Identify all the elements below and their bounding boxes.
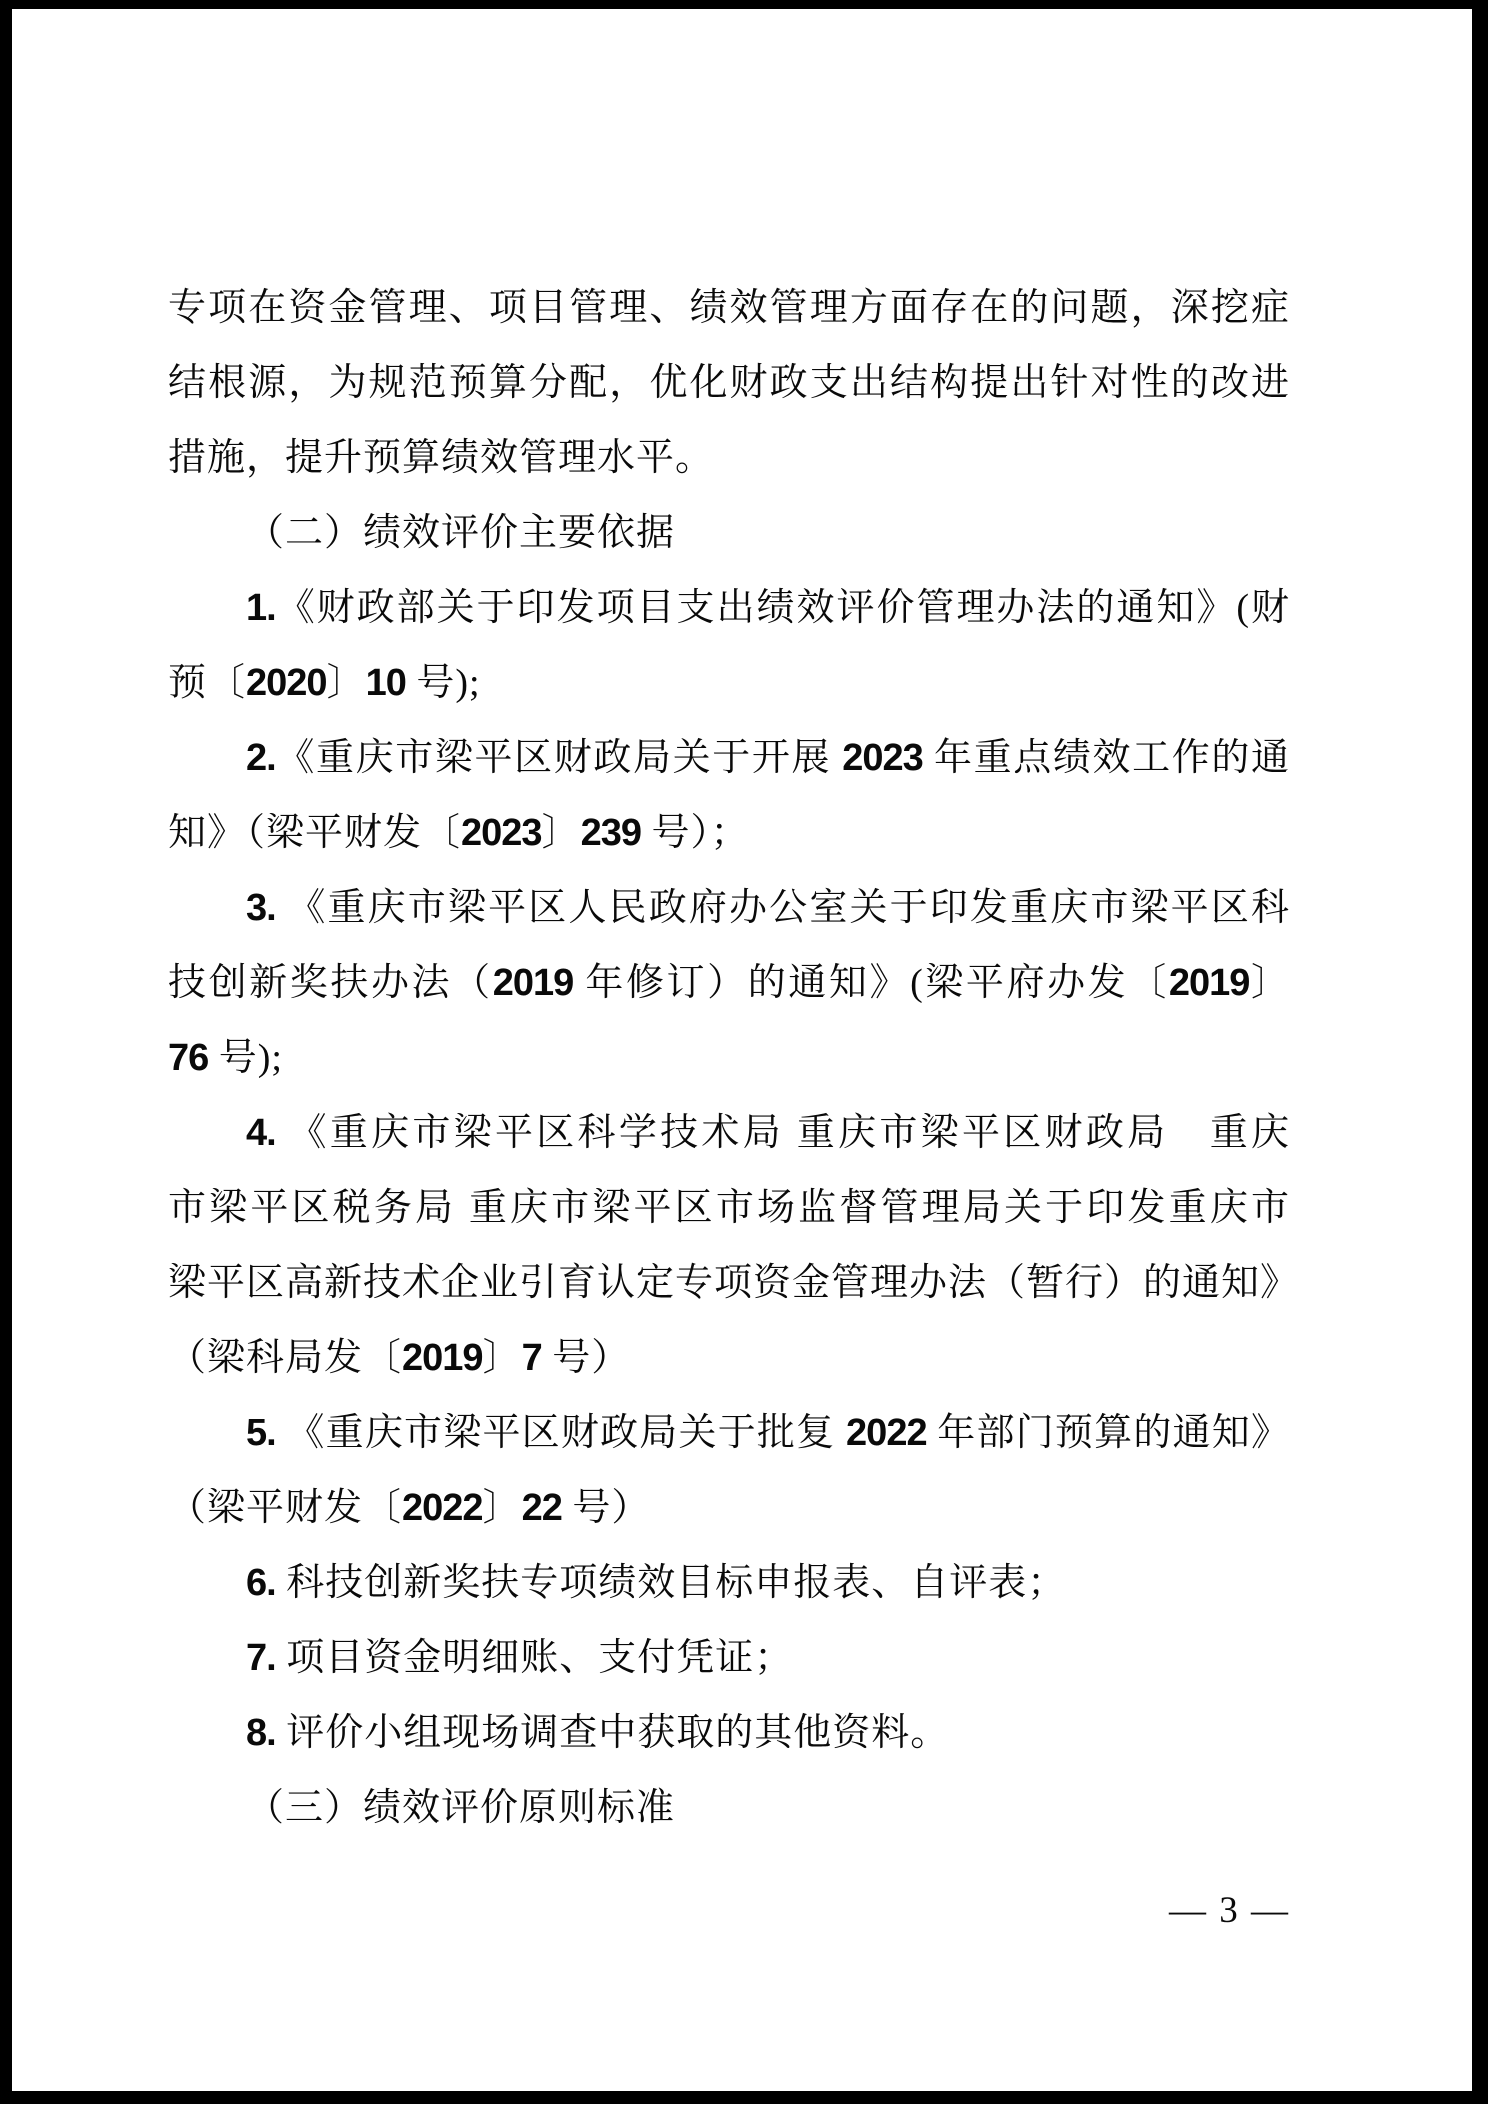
text-line: 专项在资金管理、项目管理、绩效管理方面存在的问题，深挖症	[168, 271, 1290, 346]
text-line: 1.《财政部关于印发项目支出绩效评价管理办法的通知》(财	[168, 571, 1290, 646]
text-line: 措施，提升预算绩效管理水平。	[168, 421, 1290, 496]
text-line: 预〔2020〕10 号);	[168, 646, 1290, 721]
text-line: 梁平区高新技术企业引育认定专项资金管理办法（暂行）的通知》	[168, 1246, 1290, 1321]
text-line: 市梁平区税务局 重庆市梁平区市场监督管理局关于印发重庆市	[168, 1171, 1290, 1246]
text-line: 6. 科技创新奖扶专项绩效目标申报表、自评表；	[168, 1546, 1290, 1621]
text-line: 5. 《重庆市梁平区财政局关于批复 2022 年部门预算的通知》	[168, 1396, 1290, 1471]
text-line: （三）绩效评价原则标准	[168, 1771, 1290, 1846]
document-body: 专项在资金管理、项目管理、绩效管理方面存在的问题，深挖症结根源，为规范预算分配，…	[168, 271, 1290, 1846]
text-line: 7. 项目资金明细账、支付凭证；	[168, 1621, 1290, 1696]
page-number: — 3 —	[1169, 1887, 1290, 1935]
text-line: 知》（梁平财发〔2023〕239 号）；	[168, 796, 1290, 871]
text-line: （梁科局发〔2019〕7 号）	[168, 1321, 1290, 1396]
text-line: 技创新奖扶办法（2019 年修订）的通知》(梁平府办发〔2019〕	[168, 946, 1290, 1021]
text-line: 2.《重庆市梁平区财政局关于开展 2023 年重点绩效工作的通	[168, 721, 1290, 796]
text-line: 4. 《重庆市梁平区科学技术局 重庆市梁平区财政局 重庆	[168, 1096, 1290, 1171]
text-line: 76 号);	[168, 1021, 1290, 1096]
text-line: （二）绩效评价主要依据	[168, 496, 1290, 571]
text-line: （梁平财发〔2022〕22 号）	[168, 1471, 1290, 1546]
text-line: 结根源，为规范预算分配，优化财政支出结构提出针对性的改进	[168, 346, 1290, 421]
text-line: 8. 评价小组现场调查中获取的其他资料。	[168, 1696, 1290, 1771]
document-page: 专项在资金管理、项目管理、绩效管理方面存在的问题，深挖症结根源，为规范预算分配，…	[0, 0, 1488, 2104]
text-line: 3. 《重庆市梁平区人民政府办公室关于印发重庆市梁平区科	[168, 871, 1290, 946]
